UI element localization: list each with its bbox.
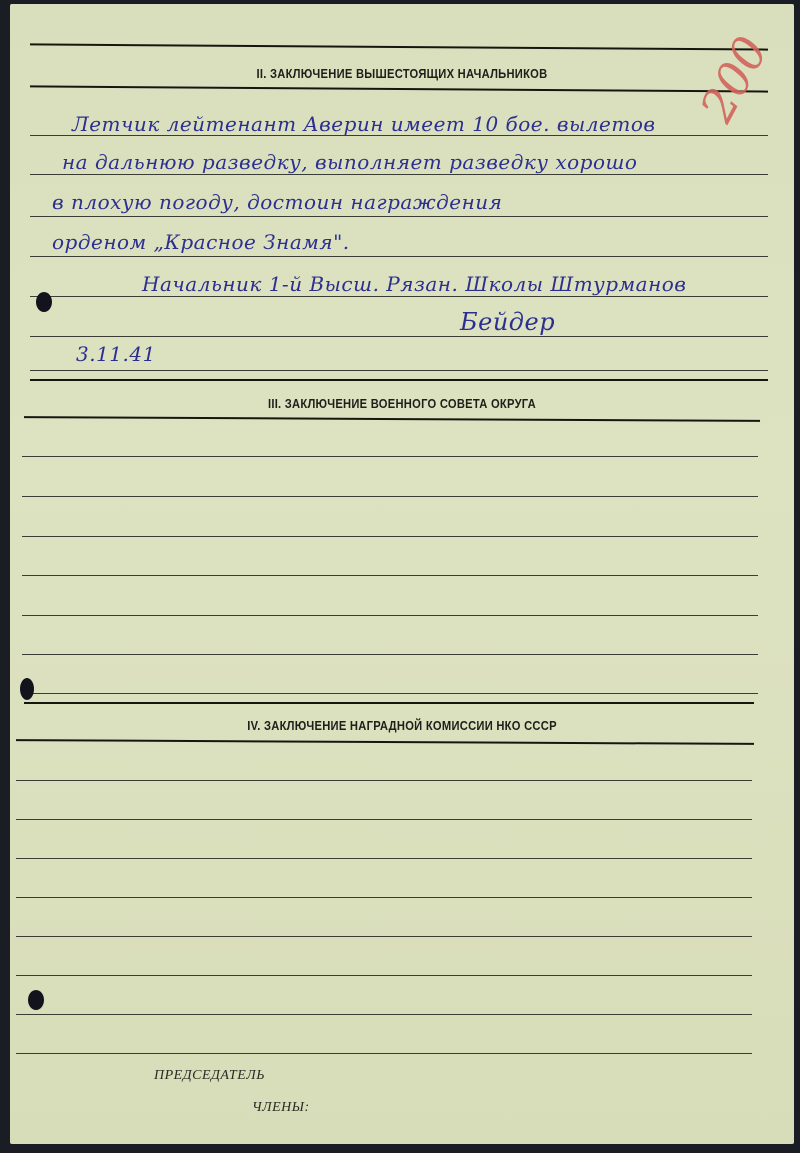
ruled-line xyxy=(16,975,752,976)
ruled-line xyxy=(30,135,768,136)
ruled-line xyxy=(16,1053,752,1054)
ruled-line xyxy=(22,536,758,537)
date: 3.11.41 xyxy=(76,342,156,366)
ruled-line xyxy=(16,858,752,859)
ruled-line xyxy=(22,693,758,694)
divider xyxy=(30,43,768,50)
ruled-line xyxy=(30,370,768,371)
ruled-line xyxy=(16,819,752,820)
divider xyxy=(24,416,760,422)
ruled-line xyxy=(30,216,768,217)
ruled-line xyxy=(16,1014,752,1015)
section-4-heading: IV. ЗАКЛЮЧЕНИЕ НАГРАДНОЙ КОМИССИИ НКО СС… xyxy=(65,718,739,733)
punch-hole xyxy=(28,990,44,1010)
punch-hole xyxy=(20,678,34,700)
ruled-line xyxy=(22,456,758,457)
handwritten-line: орденом „Красное Знамя". xyxy=(52,230,350,254)
handwritten-line: в плохую погоду, достоин награждения xyxy=(52,190,502,214)
divider xyxy=(16,739,754,745)
handwritten-line: Летчик лейтенант Аверин имеет 10 бое. вы… xyxy=(72,112,656,136)
divider xyxy=(24,702,754,704)
members-label: ЧЛЕНЫ: xyxy=(252,1100,310,1116)
document-page: II. ЗАКЛЮЧЕНИЕ ВЫШЕСТОЯЩИХ НАЧАЛЬНИКОВ 2… xyxy=(10,4,794,1144)
chairman-label: ПРЕДСЕДАТЕЛЬ xyxy=(154,1068,265,1084)
ruled-line xyxy=(30,256,768,257)
ruled-line xyxy=(30,174,768,175)
section-3-heading: III. ЗАКЛЮЧЕНИЕ ВОЕННОГО СОВЕТА ОКРУГА xyxy=(65,396,739,411)
ruled-line xyxy=(16,780,752,781)
signature: Бейдер xyxy=(460,308,555,336)
ruled-line xyxy=(30,296,768,297)
ruled-line xyxy=(22,575,758,576)
ruled-line xyxy=(16,897,752,898)
divider xyxy=(30,379,768,381)
ruled-line xyxy=(16,936,752,937)
punch-hole xyxy=(36,292,52,312)
ruled-line xyxy=(22,615,758,616)
ruled-line xyxy=(22,654,758,655)
stamp-number: 200 xyxy=(689,28,778,131)
handwritten-line: на дальнюю разведку, выполняет разведку … xyxy=(62,150,637,174)
section-2-heading: II. ЗАКЛЮЧЕНИЕ ВЫШЕСТОЯЩИХ НАЧАЛЬНИКОВ xyxy=(65,66,739,81)
signature-title: Начальник 1-й Высш. Рязан. Школы Штурман… xyxy=(142,272,686,296)
ruled-line xyxy=(22,496,758,497)
ruled-line xyxy=(30,336,768,337)
divider xyxy=(30,85,768,92)
